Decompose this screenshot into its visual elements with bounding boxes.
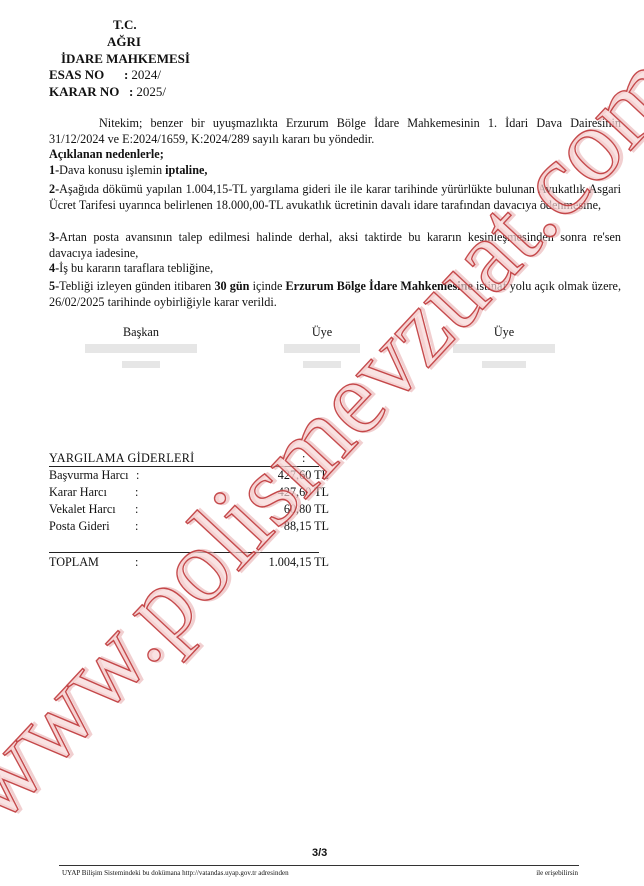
- document-page: T.C. AĞRI İDARE MAHKEMESİ ESAS NO:2024/ …: [0, 0, 644, 886]
- redacted-name: [284, 344, 360, 353]
- header-court-name: İDARE MAHKEMESİ: [61, 51, 190, 67]
- cost-colon: :: [135, 484, 138, 501]
- item-text: İş bu kararın taraflara tebliğine,: [59, 261, 213, 275]
- esas-no-label: ESAS NO: [49, 67, 124, 83]
- signature-member-2: Üye: [453, 325, 555, 368]
- costs-row: Başvurma Harcı : 427,60 TL: [49, 467, 329, 484]
- redacted-name: [85, 344, 197, 353]
- cost-colon: :: [135, 501, 138, 518]
- cost-colon: :: [135, 518, 138, 535]
- footer-divider: [59, 865, 579, 866]
- costs-row: Vekalet Harcı : 60,80 TL: [49, 501, 329, 518]
- cost-name: Karar Harcı: [49, 484, 107, 501]
- total-colon: :: [135, 554, 138, 571]
- esas-no-separator: :: [124, 67, 128, 82]
- costs-row: Posta Gideri : 88,15 TL: [49, 518, 329, 535]
- ruling-item-5: 5-Tebliği izleyen günden itibaren 30 gün…: [49, 279, 621, 310]
- redacted-id: [303, 361, 341, 368]
- item-number: 3-: [49, 230, 59, 244]
- karar-no-line: KARAR NO:2025/: [49, 84, 166, 100]
- signature-president: Başkan: [85, 325, 197, 368]
- cost-colon: :: [136, 467, 139, 484]
- costs-row: Karar Harcı : 427,60 TL: [49, 484, 329, 501]
- redacted-id: [482, 361, 526, 368]
- item-number: 4-: [49, 261, 59, 275]
- karar-no-separator: :: [129, 84, 133, 99]
- cost-amount: 60,80 TL: [284, 501, 329, 518]
- costs-title-colon: :: [302, 451, 306, 466]
- item-number: 5-: [49, 279, 59, 293]
- item-bold-court: Erzurum Bölge İdare Mahkemesine: [286, 279, 473, 293]
- item-bold-text: iptaline,: [165, 163, 207, 177]
- footer-access-note: ile erişebilirsin: [536, 869, 578, 877]
- costs-title-text: YARGILAMA GİDERLERİ: [49, 451, 195, 465]
- reasons-heading: Açıklanan nedenlerle;: [49, 147, 621, 163]
- karar-no-value: 2025/: [136, 84, 166, 99]
- page-number: 3/3: [312, 847, 327, 859]
- cost-amount: 427,60 TL: [278, 484, 329, 501]
- item-number: 1-: [49, 163, 59, 177]
- signature-title: Başkan: [85, 325, 197, 340]
- ruling-item-4: 4-İş bu kararın taraflara tebliğine,: [49, 261, 621, 277]
- signature-member-1: Üye: [284, 325, 360, 368]
- item-text: Tebliği izleyen günden itibaren: [59, 279, 214, 293]
- signature-title: Üye: [284, 325, 360, 340]
- redacted-name: [453, 344, 555, 353]
- total-divider: [49, 552, 319, 553]
- redacted-id: [122, 361, 160, 368]
- cost-amount: 427,60 TL: [278, 467, 329, 484]
- item-bold-days: 30 gün: [214, 279, 249, 293]
- intro-paragraph: Nitekim; benzer bir uyuşmazlıkta Erzurum…: [49, 116, 621, 147]
- costs-table: YARGILAMA GİDERLERİ : Başvurma Harcı : 4…: [49, 451, 329, 571]
- item-number: 2-: [49, 182, 59, 196]
- ruling-item-3: 3-Artan posta avansının talep edilmesi h…: [49, 230, 621, 261]
- item-text: Artan posta avansının talep edilmesi hal…: [49, 230, 621, 260]
- header-state: T.C.: [113, 17, 137, 33]
- costs-title: YARGILAMA GİDERLERİ :: [49, 451, 319, 467]
- esas-no-line: ESAS NO:2024/: [49, 67, 161, 83]
- esas-no-value: 2024/: [131, 67, 161, 82]
- signature-title: Üye: [453, 325, 555, 340]
- total-amount: 1.004,15 TL: [269, 554, 329, 571]
- costs-total-row: TOPLAM : 1.004,15 TL: [49, 554, 329, 571]
- karar-no-label: KARAR NO: [49, 84, 129, 100]
- item-text: Aşağıda dökümü yapılan 1.004,15-TL yargı…: [49, 182, 621, 212]
- cost-amount: 88,15 TL: [284, 518, 329, 535]
- ruling-item-1: 1-Dava konusu işlemin iptaline,: [49, 163, 621, 179]
- cost-name: Vekalet Harcı: [49, 501, 116, 518]
- footer-uyap-note: UYAP Bilişim Sistemindeki bu dokümana ht…: [62, 869, 289, 877]
- header-city: AĞRI: [107, 34, 141, 50]
- item-text: içinde: [249, 279, 285, 293]
- item-text: Dava konusu işlemin: [59, 163, 165, 177]
- ruling-item-2: 2-Aşağıda dökümü yapılan 1.004,15-TL yar…: [49, 182, 621, 213]
- total-label: TOPLAM: [49, 554, 99, 571]
- cost-name: Posta Gideri: [49, 518, 110, 535]
- cost-name: Başvurma Harcı: [49, 467, 129, 484]
